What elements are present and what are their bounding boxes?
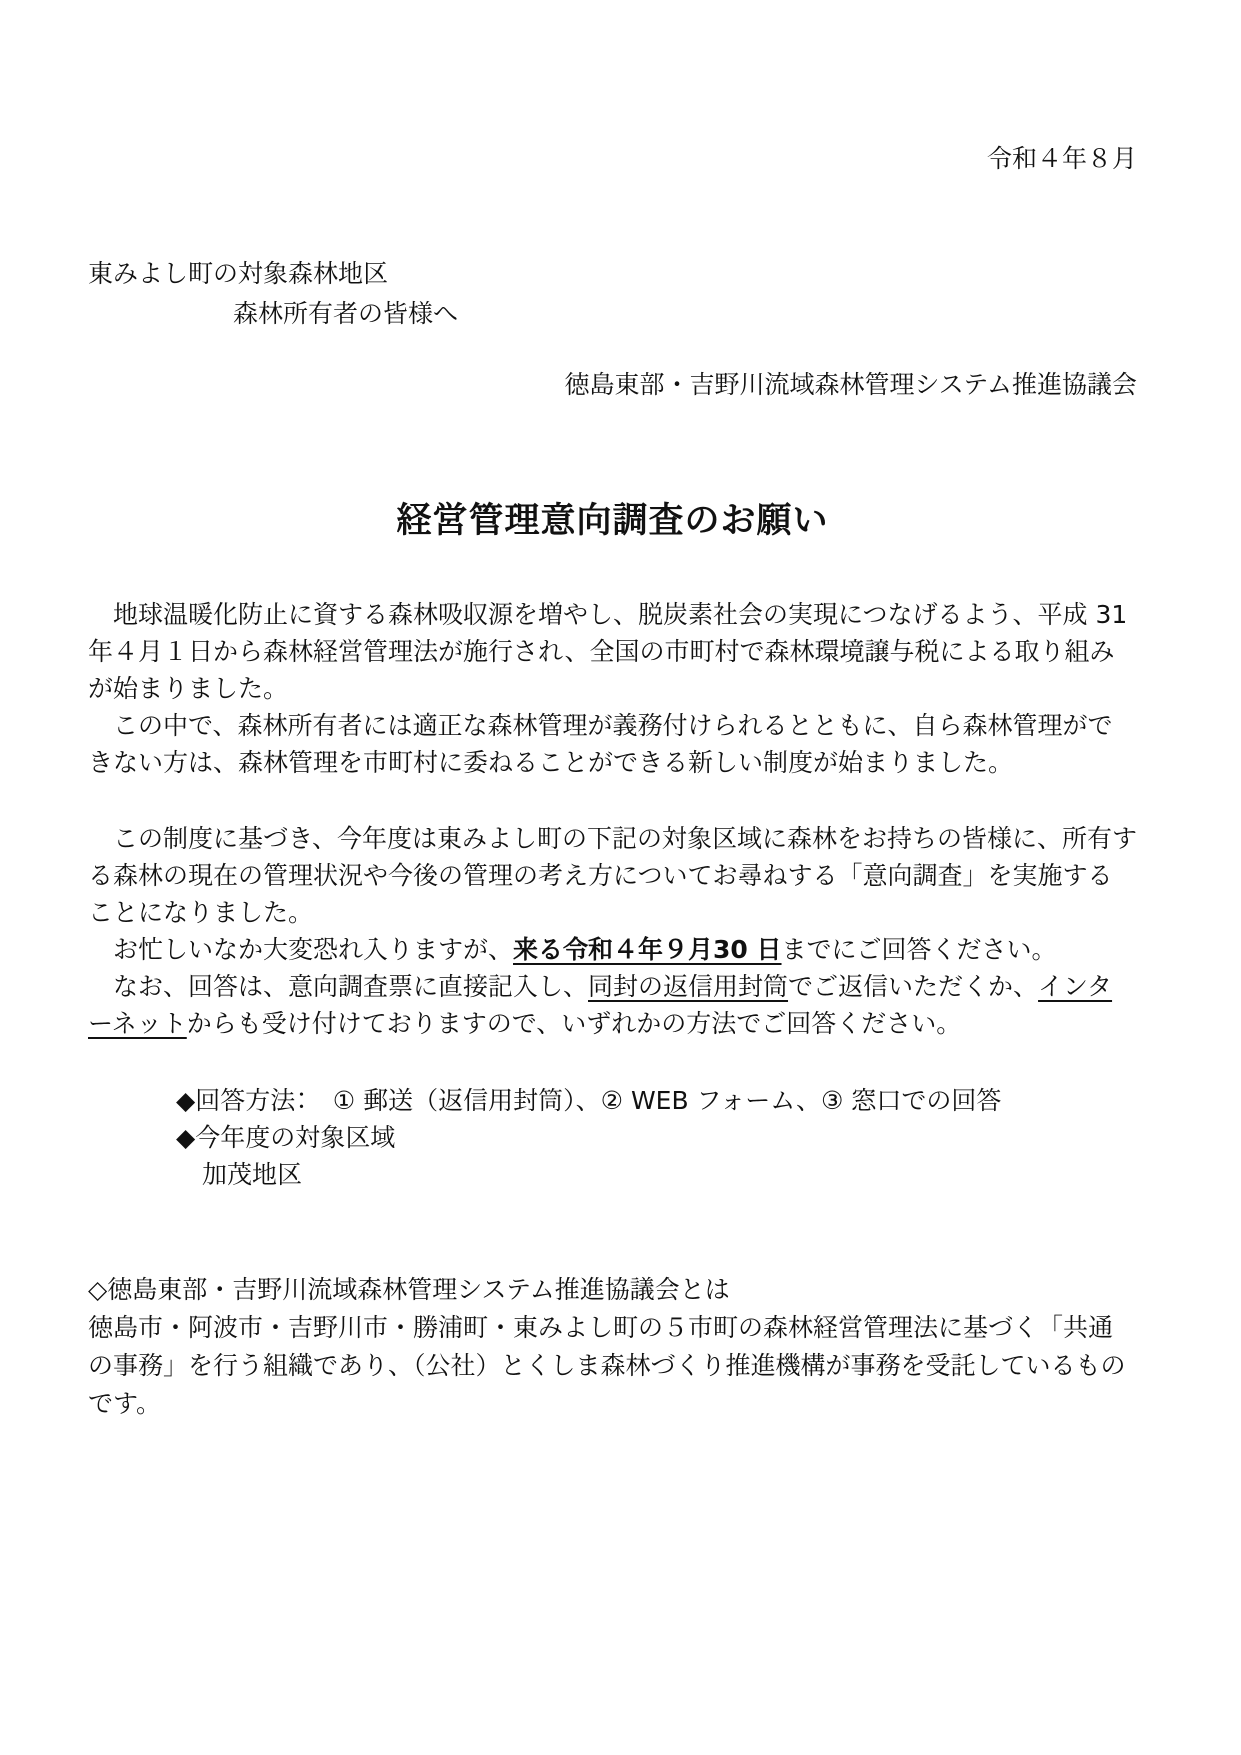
paragraph-survey-announcement: この制度に基づき、今年度は東みよし町の下記の対象区域に森林をお持ちの皆様に、所有… (88, 820, 1137, 931)
paragraph-response-options: なお、回答は、意向調査票に直接記入し、同封の返信用封筒でご返信いただくか、インタ… (88, 968, 1137, 1042)
paragraph-deadline: お忙しいなか大変恐れ入りますが、来る令和４年９月30 日までにご回答ください。 (88, 931, 1137, 968)
footer-section: ◇徳島東部・吉野川流域森林管理システム推進協議会とは 徳島市・阿波市・吉野川市・… (88, 1271, 1137, 1423)
footer-council-heading: ◇徳島東部・吉野川流域森林管理システム推進協議会とは (88, 1271, 1137, 1309)
deadline-suffix: までにご回答ください。 (782, 935, 1057, 964)
paragraph-new-system: この中で、森林所有者には適正な森林管理が義務付けられるとともに、自ら森林管理がで… (88, 707, 1137, 781)
addressee-line-district: 東みよし町の対象森林地区 (88, 254, 1137, 294)
bullet-target-area-heading: ◆今年度の対象区域 (176, 1119, 1137, 1156)
date-line: 令和４年８月 (88, 140, 1137, 178)
paragraph-background: 地球温暖化防止に資する森林吸収源を増やし、脱炭素社会の実現につなげるよう、平成 … (88, 596, 1137, 707)
response-mid: でご返信いただくか、 (788, 972, 1038, 1001)
response-prefix: なお、回答は、意向調査票に直接記入し、 (88, 972, 588, 1001)
bullet-response-methods: ◆回答方法： ① 郵送（返信用封筒）、② WEB フォーム、③ 窓口での回答 (176, 1082, 1137, 1119)
addressee-block: 東みよし町の対象森林地区 森林所有者の皆様へ (88, 254, 1137, 334)
deadline-prefix: お忙しいなか大変恐れ入りますが、 (88, 935, 513, 964)
deadline-date-emphasis: 来る令和４年９月30 日 (513, 935, 782, 964)
footer-council-description: 徳島市・阿波市・吉野川市・勝浦町・東みよし町の５市町の森林経営管理法に基づく「共… (88, 1309, 1137, 1423)
target-area-name: 加茂地区 (176, 1156, 1137, 1193)
document-page: 令和４年８月 東みよし町の対象森林地区 森林所有者の皆様へ 徳島東部・吉野川流域… (0, 0, 1241, 1755)
document-title: 経営管理意向調査のお願い (88, 496, 1137, 546)
addressee-line-owners: 森林所有者の皆様へ (88, 294, 1137, 334)
body-text: 地球温暖化防止に資する森林吸収源を増やし、脱炭素社会の実現につなげるよう、平成 … (88, 596, 1137, 1042)
reply-envelope-emphasis: 同封の返信用封筒 (588, 972, 788, 1001)
sender-organization: 徳島東部・吉野川流域森林管理システム推進協議会 (88, 366, 1137, 404)
bullet-section: ◆回答方法： ① 郵送（返信用封筒）、② WEB フォーム、③ 窓口での回答 ◆… (88, 1082, 1137, 1193)
response-suffix: からも受け付けておりますので、いずれかの方法でご回答ください。 (187, 1009, 962, 1038)
